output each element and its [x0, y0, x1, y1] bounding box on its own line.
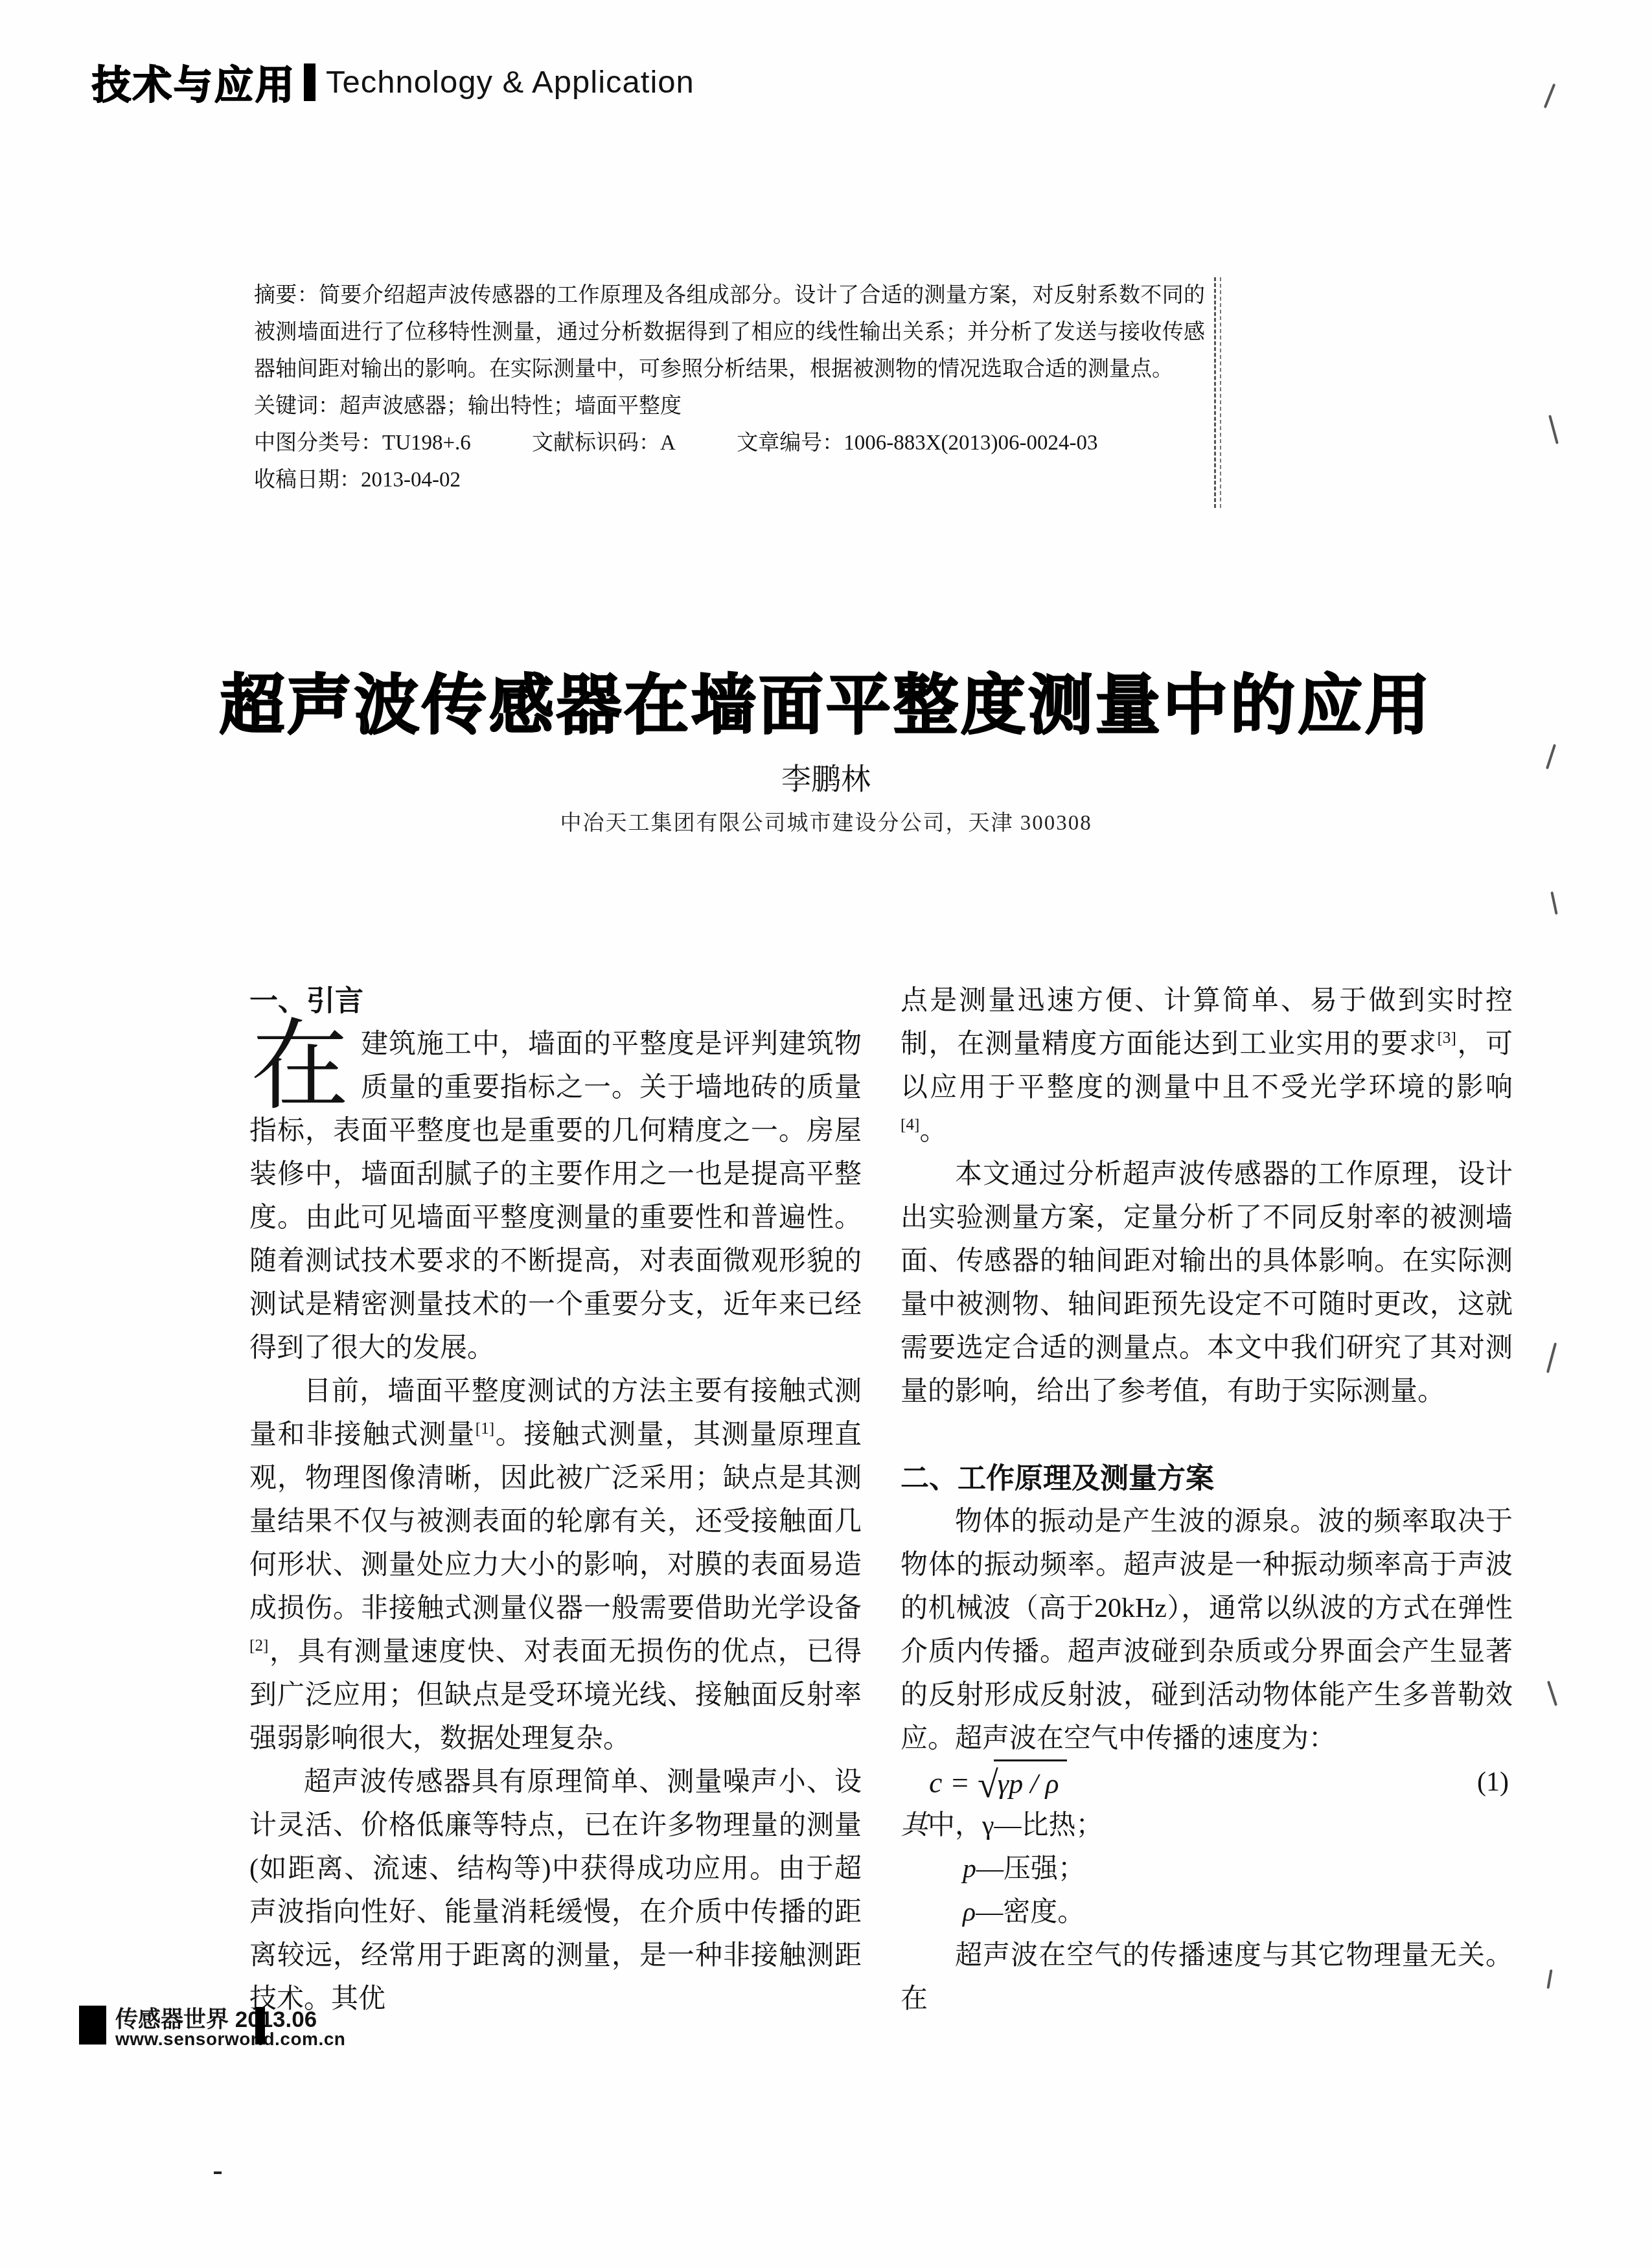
intro-paragraph: 在建筑施工中，墙面的平整度是评判建筑物质量的重要指标之一。关于墙地砖的质量指标，… [249, 1023, 862, 1370]
scan-artifact-dashed-line [1214, 277, 1221, 508]
radical-sign: √ [978, 1763, 998, 1806]
article-id: 文章编号：1006-883X(2013)06-0024-03 [737, 431, 1097, 455]
received-date: 收稿日期：2013-04-02 [254, 462, 1205, 499]
scan-artifact [1548, 415, 1559, 444]
symbol-def-p: p—压强； [901, 1848, 1513, 1891]
scan-artifact [1546, 1969, 1552, 1989]
section-2-heading: 二、工作原理及测量方案 [901, 1457, 1513, 1500]
right-paragraph-4: 超声波在空气的传播速度与其它物理量无关。在 [901, 1934, 1513, 2021]
author-name: 李鹏林 [0, 755, 1652, 798]
right-paragraph-1: 点是测量迅速方便、计算简单、易于做到实时控制，在测量精度方面能达到工业实用的要求… [901, 979, 1513, 1153]
author-affiliation: 中冶天工集团有限公司城市建设分公司，天津 300308 [0, 806, 1652, 836]
scan-artifact [214, 2171, 222, 2174]
section-title-zh: 技术与应用 [92, 54, 296, 110]
left-column: 一、引言 在建筑施工中，墙面的平整度是评判建筑物质量的重要指标之一。关于墙地砖的… [249, 979, 862, 2021]
left-paragraph-3: 超声波传感器具有原理简单、测量噪声小、设计灵活、价格低廉等特点，已在许多物理量的… [249, 1761, 862, 2021]
left-paragraph-2: 目前，墙面平整度测试的方法主要有接触式测量和非接触式测量[1]。接触式测量，其测… [249, 1370, 862, 1761]
scan-artifact [1544, 84, 1556, 109]
footer-black-square [79, 2006, 106, 2045]
clc-number: 中图分类号：TU198+.6 [254, 431, 471, 455]
keywords-line: 关键词：超声波感器；输出特性；墙面平整度 [254, 388, 1205, 425]
journal-website: www.sensorworld.com.cn [115, 2029, 345, 2050]
equation-radicand: γp / ρ [994, 1759, 1067, 1805]
journal-page: 技术与应用 Technology & Application 摘要：简要介绍超声… [0, 0, 1652, 2268]
meta-line: 中图分类号：TU198+.6 文献标识码：A 文章编号：1006-883X(20… [254, 425, 1205, 462]
equation-1: c = √ γp / ρ (1) [929, 1761, 1513, 1804]
scan-artifact [1547, 1680, 1557, 1706]
equation-lhs: c = [929, 1761, 970, 1804]
dropcap-character: 在 [251, 1029, 349, 1105]
scan-artifact [1550, 891, 1557, 915]
right-paragraph-2: 本文通过分析超声波传感器的工作原理，设计出实验测量方案，定量分析了不同反射率的被… [901, 1153, 1513, 1414]
section-title-en: Technology & Application [326, 64, 694, 100]
right-column: 点是测量迅速方便、计算简单、易于做到实时控制，在测量精度方面能达到工业实用的要求… [901, 979, 1513, 2021]
page-header: 技术与应用 Technology & Application [92, 54, 694, 110]
symbol-def-gamma: 其中，γ—比热； [901, 1804, 1513, 1848]
section-1-heading: 一、引言 [249, 979, 862, 1023]
equation-number: (1) [1477, 1761, 1509, 1804]
scan-artifact [1546, 1342, 1557, 1373]
body-columns: 一、引言 在建筑施工中，墙面的平整度是评判建筑物质量的重要指标之一。关于墙地砖的… [249, 979, 1513, 2021]
right-paragraph-3: 物体的振动是产生波的源泉。波的频率取决于物体的振动频率。超声波是一种振动频率高于… [901, 1500, 1513, 1761]
symbol-def-rho: ρ—密度。 [901, 1891, 1513, 1934]
document-code: 文献标识码：A [532, 431, 676, 455]
abstract-text: 摘要：简要介绍超声波传感器的工作原理及各组成部分。设计了合适的测量方案，对反射系… [254, 277, 1205, 388]
article-title: 超声波传感器在墙面平整度测量中的应用 [0, 653, 1652, 746]
front-matter: 摘要：简要介绍超声波传感器的工作原理及各组成部分。设计了合适的测量方案，对反射系… [254, 277, 1205, 499]
header-divider-bar [304, 63, 315, 101]
footer-black-bar [255, 2007, 265, 2045]
